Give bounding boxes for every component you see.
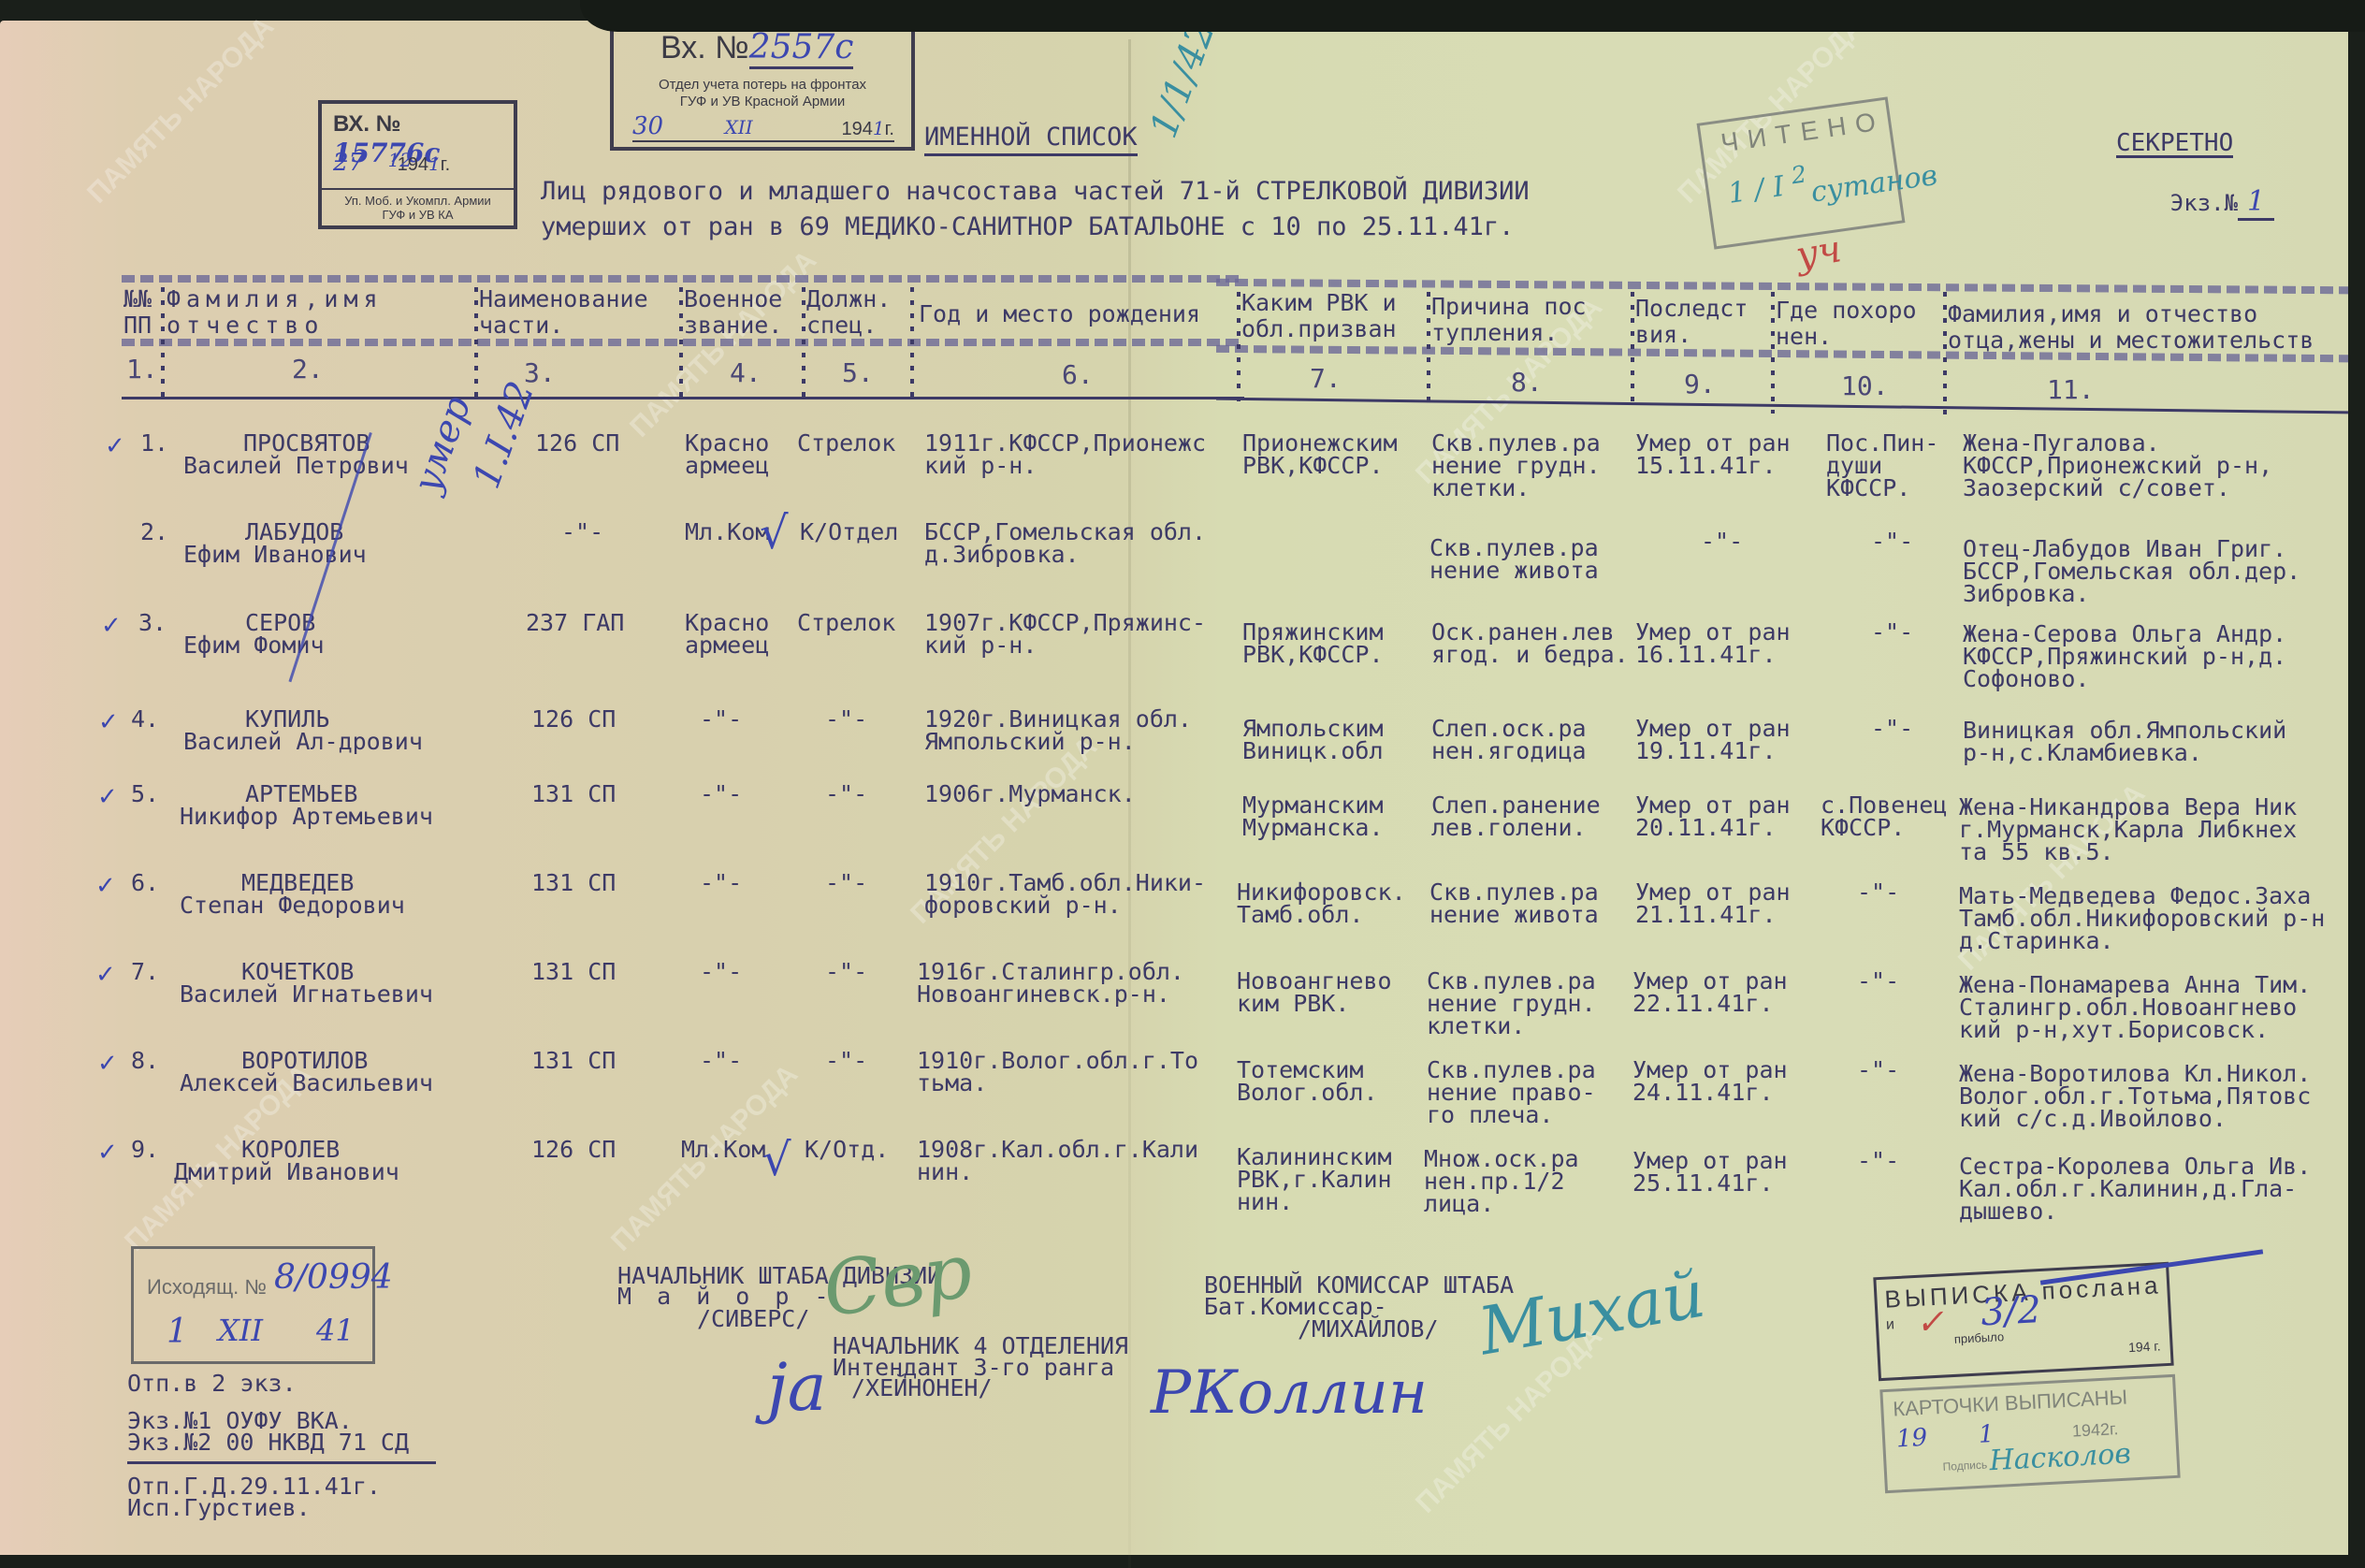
burial-place: -"- bbox=[1871, 530, 1913, 553]
unit: 131 СП bbox=[531, 1050, 616, 1072]
birth: 1916г.Сталингр.обл. Новоангиневск.р-н. bbox=[917, 961, 1184, 1006]
position: Стрелок bbox=[797, 612, 895, 634]
column-header-5: Должн. спец. bbox=[806, 286, 891, 339]
row-number: 9. bbox=[131, 1139, 159, 1161]
given-name: Василей Игнатьевич bbox=[180, 983, 433, 1006]
stamp-dept-line1: Уп. Моб. и Укомпл. Армии bbox=[322, 194, 514, 208]
column-number-1: 1. bbox=[126, 354, 158, 385]
check-mark-icon: ✓ bbox=[95, 961, 116, 989]
cards-written-label: КАРТОЧКИ ВЫПИСАНЫ bbox=[1893, 1386, 2128, 1422]
extract-sent-number: 3/2 bbox=[1980, 1288, 2042, 1334]
watermark: ПАМЯТЬ НАРОДА bbox=[82, 11, 280, 209]
red-check-mark-icon: ✓ bbox=[1915, 1302, 1945, 1343]
document-subtitle-line2: умерших от ран в 69 МЕДИКО-САНИТНОР БАТА… bbox=[541, 215, 1514, 240]
burial-place: -"- bbox=[1857, 970, 1899, 993]
rank: Красно армеец bbox=[685, 432, 769, 477]
rank: Мл.Ком bbox=[681, 1139, 765, 1161]
check-mark-icon: ✓ bbox=[101, 612, 122, 640]
outcome: Умер от ран 21.11.41г. bbox=[1635, 881, 1791, 926]
column-separator bbox=[474, 287, 478, 399]
stamp-year-end: г. bbox=[441, 154, 450, 175]
read-stamp: ЧИТЕНО 1 / I 2 сутанов bbox=[1697, 96, 1906, 249]
outcome: Умер от ран 15.11.41г. bbox=[1635, 432, 1791, 477]
row-number: 8. bbox=[131, 1050, 159, 1072]
column-number-2: 2. bbox=[292, 354, 324, 385]
row-number: 1. bbox=[140, 432, 168, 455]
cause: Множ.оск.ра нен.пр.1/2 лица. bbox=[1424, 1148, 1579, 1215]
outgoing-stamp-day: 1 bbox=[167, 1313, 188, 1351]
birth: 1906г.Мурманск. bbox=[924, 783, 1136, 806]
stamp-year-end: г. bbox=[885, 119, 894, 139]
column-header-11: Фамилия,имя и отчество отца,жены и место… bbox=[1948, 301, 2314, 354]
outgoing-stamp: Исходящ. № 8/0994 1 XII 41 bbox=[131, 1246, 375, 1364]
rank: Красно армеец bbox=[685, 612, 769, 657]
cause: Скв.пулев.ра нение право- го плеча. bbox=[1427, 1059, 1596, 1126]
copy-2-recipient: Экз.№2 00 НКВД 71 СД bbox=[127, 1431, 409, 1454]
column-separator bbox=[679, 287, 683, 399]
column-header-3: Наименование части. bbox=[479, 286, 648, 339]
outgoing-stamp-label: Исходящ. № bbox=[147, 1275, 267, 1299]
burial-place: -"- bbox=[1857, 881, 1899, 904]
cause: Скв.пулев.ра нение живота bbox=[1429, 537, 1599, 582]
incoming-stamp-2557: Вх. №2557с Отдел учета потерь на фронтах… bbox=[610, 21, 915, 151]
given-name: Василей Ал-дрович bbox=[183, 731, 423, 753]
rank: -"- bbox=[700, 783, 742, 806]
read-stamp-month: I bbox=[1771, 170, 1787, 204]
column-header-2: Фамилия,имя отчество bbox=[167, 286, 384, 339]
unit: 131 СП bbox=[531, 872, 616, 894]
classification-label: СЕКРЕТНО bbox=[2116, 131, 2233, 158]
column-separator bbox=[1943, 292, 1947, 418]
position: Стрелок bbox=[797, 432, 895, 455]
outcome: Умер от ран 16.11.41г. bbox=[1635, 621, 1791, 666]
header-bottom-border bbox=[1216, 398, 2348, 414]
rank: -"- bbox=[700, 961, 742, 983]
signature-heinonen: ja bbox=[767, 1349, 826, 1426]
birth: 1911г.КФССР,Прионежс кий р-н. bbox=[924, 432, 1206, 477]
rvk: Пряжинским РВК,КФССР. bbox=[1242, 621, 1384, 666]
column-number-8: 8. bbox=[1511, 367, 1543, 398]
cause: Скв.пулев.ра нение живота bbox=[1429, 881, 1599, 926]
copy-label: Экз.№ bbox=[2170, 190, 2238, 216]
row-number: 4. bbox=[131, 708, 159, 731]
outgoing-stamp-number: 8/0994 bbox=[274, 1258, 393, 1297]
column-separator bbox=[1237, 292, 1241, 409]
rvk: Мурманским Мурманска. bbox=[1242, 794, 1384, 839]
extract-sent-stamp: ВЫПИСКА послана и 3/2 ✓ прибыло 194 г. bbox=[1873, 1262, 2173, 1381]
check-mark-icon: ✓ bbox=[105, 432, 125, 460]
copy-number: 1 bbox=[2238, 185, 2274, 221]
unit: 131 СП bbox=[531, 783, 616, 806]
outcome: Умер от ран 24.11.41г. bbox=[1632, 1059, 1788, 1104]
cause: Скв.пулев.ра нение грудн. клетки. bbox=[1431, 432, 1601, 500]
relatives: Виницкая обл.Ямпольский р-н,с.Кламбиевка… bbox=[1963, 719, 2286, 764]
read-stamp-year: 2 bbox=[1790, 160, 1808, 189]
rvk: Тотемским Волог.обл. bbox=[1237, 1059, 1378, 1104]
stamp-label: Вх. № bbox=[660, 30, 749, 65]
cards-written-day: 19 bbox=[1895, 1424, 1928, 1454]
relatives: Жена-Серова Ольга Андр. КФССР,Пряжинский… bbox=[1963, 623, 2286, 690]
extract-sent-year: 194 г. bbox=[2128, 1338, 2161, 1355]
footer-divider bbox=[127, 1461, 436, 1464]
given-name: Ефим Иванович bbox=[183, 544, 367, 566]
outgoing-stamp-month: XII bbox=[218, 1313, 263, 1348]
outcome: Умер от ран 25.11.41г. bbox=[1632, 1150, 1788, 1195]
burial-place: Пос.Пин- души КФССР. bbox=[1826, 432, 1938, 500]
position: -"- bbox=[825, 872, 867, 894]
cards-written-signed-label: Подпись bbox=[1942, 1458, 1987, 1473]
stamp-dept-line1: Отдел учета потерь на фронтах bbox=[614, 77, 911, 94]
stamp-dept-line2: ГУФ и УВ Красной Армии bbox=[614, 94, 911, 110]
column-number-6: 6. bbox=[1062, 359, 1094, 390]
scan-top-edge bbox=[580, 0, 2365, 32]
check-mark-icon: ✓ bbox=[97, 1139, 118, 1167]
unit: 126 СП bbox=[531, 708, 616, 731]
stamp-month: 12 bbox=[388, 149, 412, 171]
extract-sent-line2: и bbox=[1886, 1316, 1895, 1333]
table-top-border bbox=[122, 275, 1244, 283]
birth: 1910г.Тамб.обл.Ники- форовский р-н. bbox=[924, 872, 1206, 917]
executor: Исп.Гурстиев. bbox=[127, 1497, 311, 1519]
header-divider bbox=[122, 339, 1244, 346]
position: -"- bbox=[825, 1050, 867, 1072]
unit: 131 СП bbox=[531, 961, 616, 983]
stamp-label: ВХ. № bbox=[333, 111, 401, 137]
column-separator bbox=[1631, 292, 1634, 409]
row-number: 6. bbox=[131, 872, 159, 894]
check-mark-icon: ✓ bbox=[95, 872, 116, 900]
given-name: Степан Федорович bbox=[180, 894, 405, 917]
position: -"- bbox=[825, 708, 867, 731]
rvk: Новоангнево ким РВК. bbox=[1237, 970, 1392, 1015]
cards-written-stamp: КАРТОЧКИ ВЫПИСАНЫ 19 1 1942г. Подпись На… bbox=[1879, 1374, 2180, 1493]
column-number-4: 4. bbox=[730, 357, 762, 388]
cause: Оск.ранен.лев ягод. и бедра. bbox=[1431, 621, 1629, 666]
check-mark-icon: ✓ bbox=[98, 708, 119, 736]
outcome: Умер от ран 22.11.41г. bbox=[1632, 970, 1788, 1015]
column-header-9: Последст вия. bbox=[1635, 296, 1748, 348]
outcome: Умер от ран 20.11.41г. bbox=[1635, 794, 1791, 839]
column-header-8: Причина пос тупления. bbox=[1431, 294, 1587, 346]
stamp-year-suffix: 1 bbox=[873, 117, 885, 139]
column-header-4: Военное звание. bbox=[684, 286, 782, 339]
position: К/Отд. bbox=[805, 1139, 889, 1161]
rank: -"- bbox=[700, 708, 742, 731]
stamp-dept-line2: ГУФ и УВ КА bbox=[322, 208, 514, 222]
column-separator bbox=[1771, 292, 1775, 414]
burial-place: -"- bbox=[1857, 1059, 1899, 1082]
burial-place: -"- bbox=[1871, 621, 1913, 644]
position: -"- bbox=[825, 783, 867, 806]
relatives: Сестра-Королева Ольга Ив. Кал.обл.г.Кали… bbox=[1959, 1155, 2311, 1223]
cards-written-signature: Насколов bbox=[1989, 1437, 2132, 1477]
relatives: Жена-Пугалова. КФССР,Прионежский р-н, За… bbox=[1963, 432, 2272, 500]
column-number-3: 3. bbox=[524, 357, 556, 388]
row-number: 2. bbox=[140, 521, 168, 544]
copy-number-line: Экз.№1 bbox=[2116, 166, 2274, 240]
check-mark-icon: √ bbox=[762, 1134, 791, 1186]
birth: 1907г.КФССР,Пряжинс- кий р-н. bbox=[924, 612, 1206, 657]
burial-place: с.Повенец КФССР. bbox=[1821, 794, 1947, 839]
column-separator bbox=[1427, 292, 1430, 409]
outcome: -"- bbox=[1701, 530, 1743, 553]
rank: Мл.Ком bbox=[685, 521, 769, 544]
unit: 126 СП bbox=[535, 432, 619, 455]
rank: -"- bbox=[700, 872, 742, 894]
incoming-stamp-15776: ВХ. № 15776с 27 12 1941г. Уп. Моб. и Уко… bbox=[318, 100, 517, 229]
extract-sent-line3: прибыло bbox=[1953, 1329, 2004, 1346]
column-number-9: 9. bbox=[1684, 369, 1716, 399]
row-number: 3. bbox=[138, 612, 167, 634]
document-title: ИМЕННОЙ СПИСОК bbox=[924, 125, 1138, 156]
check-mark-icon: √ bbox=[760, 507, 789, 559]
stamp-day: 30 bbox=[632, 112, 663, 140]
cause: Слеп.оск.ра нен.ягодица bbox=[1431, 718, 1587, 762]
given-name: Василей Петрович bbox=[183, 455, 409, 477]
column-number-10: 10. bbox=[1841, 370, 1889, 401]
handwritten-annotation: умер bbox=[405, 390, 479, 498]
read-stamp-day: 1 bbox=[1726, 176, 1748, 211]
birth: 1920г.Виницкая обл. Ямпольский р-н. bbox=[924, 708, 1192, 753]
copies-count: Отп.в 2 экз. bbox=[127, 1372, 297, 1395]
stamp-month: XII bbox=[725, 116, 753, 138]
given-name: Никифор Артемьевич bbox=[180, 806, 433, 828]
position: К/Отдел bbox=[800, 521, 898, 544]
rvk: Прионежским РВК,КФССР. bbox=[1242, 432, 1398, 477]
burial-place: -"- bbox=[1857, 1150, 1899, 1172]
column-number-7: 7. bbox=[1310, 363, 1342, 394]
column-number-5: 5. bbox=[842, 357, 874, 388]
outgoing-stamp-year: 41 bbox=[316, 1313, 355, 1348]
commissar-name: /МИХАЙЛОВ/ bbox=[1298, 1318, 1439, 1341]
column-header-1: №№ ПП bbox=[123, 286, 152, 339]
stamp-day: 27 bbox=[333, 149, 364, 177]
unit: 126 СП bbox=[531, 1139, 616, 1161]
outcome: Умер от ран 19.11.41г. bbox=[1635, 718, 1791, 762]
birth: 1908г.Кал.обл.г.Кали нин. bbox=[917, 1139, 1198, 1183]
given-name: Алексей Васильевич bbox=[180, 1072, 433, 1095]
margin-handwritten-note: 1/1/42 bbox=[1142, 16, 1224, 144]
rvk: Ямпольским Виницк.обл bbox=[1242, 718, 1384, 762]
cause: Слеп.ранение лев.голени. bbox=[1431, 794, 1601, 839]
position: -"- bbox=[825, 961, 867, 983]
red-pencil-mark: уч bbox=[1792, 227, 1844, 278]
relatives: Отец-Лабудов Иван Григ. БССР,Гомельская … bbox=[1963, 538, 2300, 605]
rank: -"- bbox=[700, 1050, 742, 1072]
check-mark-icon: ✓ bbox=[97, 783, 118, 811]
rvk: Калининским РВК,г.Калин нин. bbox=[1237, 1146, 1392, 1213]
unit: -"- bbox=[561, 521, 603, 544]
relatives: Жена-Воротилова Кл.Никол. Волог.обл.г.То… bbox=[1959, 1063, 2311, 1130]
column-header-6: Год и место рождения bbox=[919, 301, 1200, 327]
read-stamp-signature: сутанов bbox=[1809, 159, 1939, 210]
section-chief-name: /ХЕЙНОНЕН/ bbox=[851, 1377, 993, 1400]
column-separator bbox=[910, 287, 914, 399]
row-number: 5. bbox=[131, 783, 159, 806]
document-sheet: ПАМЯТЬ НАРОДА ПАМЯТЬ НАРОДА ПАМЯТЬ НАРОД… bbox=[0, 21, 2348, 1555]
column-header-10: Где похоро нен. bbox=[1776, 298, 1917, 350]
column-separator bbox=[161, 287, 165, 399]
given-name: Дмитрий Иванович bbox=[174, 1161, 399, 1183]
relatives: Мать-Медведева Федос.Заха Тамб.обл.Никиф… bbox=[1959, 885, 2325, 952]
signature-sivers: Свр bbox=[818, 1227, 977, 1333]
relatives: Жена-Никандрова Вера Ник г.Мурманск,Карл… bbox=[1959, 796, 2297, 864]
document-subtitle-line1: Лиц рядового и младшего начсостава часте… bbox=[541, 180, 1530, 204]
signature-handwritten: РКоллин bbox=[1151, 1358, 1428, 1428]
stamp-year-prefix: 194 bbox=[841, 119, 872, 139]
stamp-year-suffix: 1 bbox=[428, 152, 441, 175]
relatives: Жена-Понамарева Анна Тим. Сталингр.обл.Н… bbox=[1959, 974, 2311, 1041]
column-number-11: 11. bbox=[2047, 374, 2095, 405]
stamp-number: 2557с bbox=[749, 28, 854, 69]
rvk: Никифоровск. Тамб.обл. bbox=[1237, 881, 1406, 926]
row-number: 7. bbox=[131, 961, 159, 983]
header-bottom-border bbox=[122, 397, 1244, 399]
check-mark-icon: ✓ bbox=[97, 1050, 118, 1078]
birth: БССР,Гомельская обл. д.Зибровка. bbox=[924, 521, 1206, 566]
unit: 237 ГАП bbox=[526, 612, 624, 634]
column-separator bbox=[802, 287, 805, 399]
column-header-7: Каким РВК и обл.призван bbox=[1241, 290, 1397, 342]
birth: 1910г.Волог.обл.г.То тьма. bbox=[917, 1050, 1198, 1095]
chief-of-staff-name: /СИВЕРС/ bbox=[697, 1308, 809, 1330]
cause: Скв.пулев.ра нение грудн. клетки. bbox=[1427, 970, 1596, 1038]
burial-place: -"- bbox=[1871, 718, 1913, 740]
